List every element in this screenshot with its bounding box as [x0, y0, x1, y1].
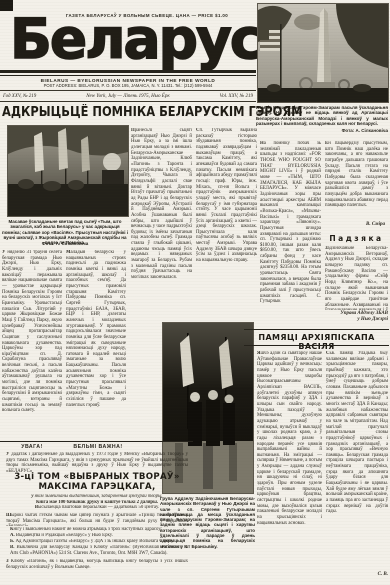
issue-date-row: Год XXV, № 219 New York, July — Ліпень 1… [0, 90, 256, 102]
issue-number-right: Vol. XXV, № 219 [220, 94, 253, 99]
lead-signature: В. Сміра [325, 222, 385, 228]
memorial-headline: ПАМЯЦІ АРХІЯПІСКАПА ВАСІЛЯ [244, 333, 389, 351]
lead-column-4: Сп. Гутырчык выразна расказаў гісторыю з… [196, 128, 257, 321]
memorial-column-1: Яшчэ адзін са сьвятароў нашае Аўтакефаль… [257, 351, 322, 570]
flagpole [280, 24, 282, 90]
memorial-signature: С. В. [326, 572, 388, 578]
helmet [103, 153, 121, 171]
ad-important-label: ВЕЛЬМІ ВАЖНА! [66, 444, 130, 450]
lead-column-5: На помніку побач зь зелянінай пакладзены… [260, 141, 321, 328]
crowd-photo [8, 126, 128, 216]
crowd-photo-art [8, 126, 128, 216]
marchers [188, 390, 235, 446]
right-photo-credit: Фота: А. Сілкановіча [256, 128, 388, 134]
left-photo-credit: Фота: А. Сілкановіча [2, 241, 128, 247]
ad-attention-label: УВАГА! [2, 444, 62, 450]
logo-rule-thick [0, 70, 256, 73]
ad-title-line2: МАКСІМА ГАРЭЦКАГА, [2, 483, 192, 493]
issue-number-left: Год XXV, № 219 [3, 94, 36, 99]
monument-photo [258, 4, 388, 102]
newspaper-page: ГАЗЕТА БЕЛАРУСАЎ У ВОЛЬНЫМ СЬВЕЦЕ. ЦАНА … [0, 0, 390, 585]
lead-column-2: Маладыя беларускі ў нацыянальных строях … [66, 250, 126, 439]
ad-order-item-c: В. Выключна для Беларусаў Канады з Клюбу… [10, 545, 188, 557]
main-headline: АДКРЫЦЬЦЁ ПОМНІКА БЕЛАРУСКІМ ГЭРОЯМ [2, 105, 226, 121]
thanks-body: Задзіночаньне Беларуска-Амэрыканскіх Вет… [325, 246, 388, 310]
monument-photo-art [258, 4, 388, 102]
thanks-heading: Падзяка [325, 235, 388, 243]
logo-rule-thin [0, 75, 256, 76]
dateline: New York, July — Ліпень 1975, Нью Ёрк [86, 94, 169, 99]
lead-column-3: Пранесьлі сьцягі арганізацыяў Нью Джэрзі… [131, 128, 192, 321]
ad-intro: У дадатак і дапаўненьне да выдадзеных у … [6, 452, 188, 472]
ad-postage-line: Высылаецца паштовай перасылкай — дадатко… [2, 505, 192, 511]
us-flag [260, 30, 280, 51]
memorial-rule-bottom [244, 345, 389, 346]
masthead-address: POST ADDRESS: BIELARUS, P. O. BOX 195, J… [0, 84, 256, 89]
newspaper-logo: Беларус [10, 9, 256, 69]
ad-body: Шырокі чытач гэткім чынам мае цяпер поўн… [6, 513, 188, 526]
memorial-rule-top [244, 329, 389, 330]
ad-outro: З Клюбу «Пагоня», як і выдавецтва, могуц… [6, 559, 188, 571]
lead-column-1: У нядзелю 31 траўня сёлета беларуская гр… [2, 250, 62, 439]
memorial-column-2: Сьв. памяці Уладыка быў чалавекам вяліка… [326, 351, 388, 570]
ad-rule [0, 441, 193, 442]
lead-column-6: Ён пацьвердзіў прысутным, што Помнік наш… [325, 141, 388, 221]
thanks-signature: Управа Аддзелу ЗБАВ у Нью Джэрзі [325, 311, 388, 323]
